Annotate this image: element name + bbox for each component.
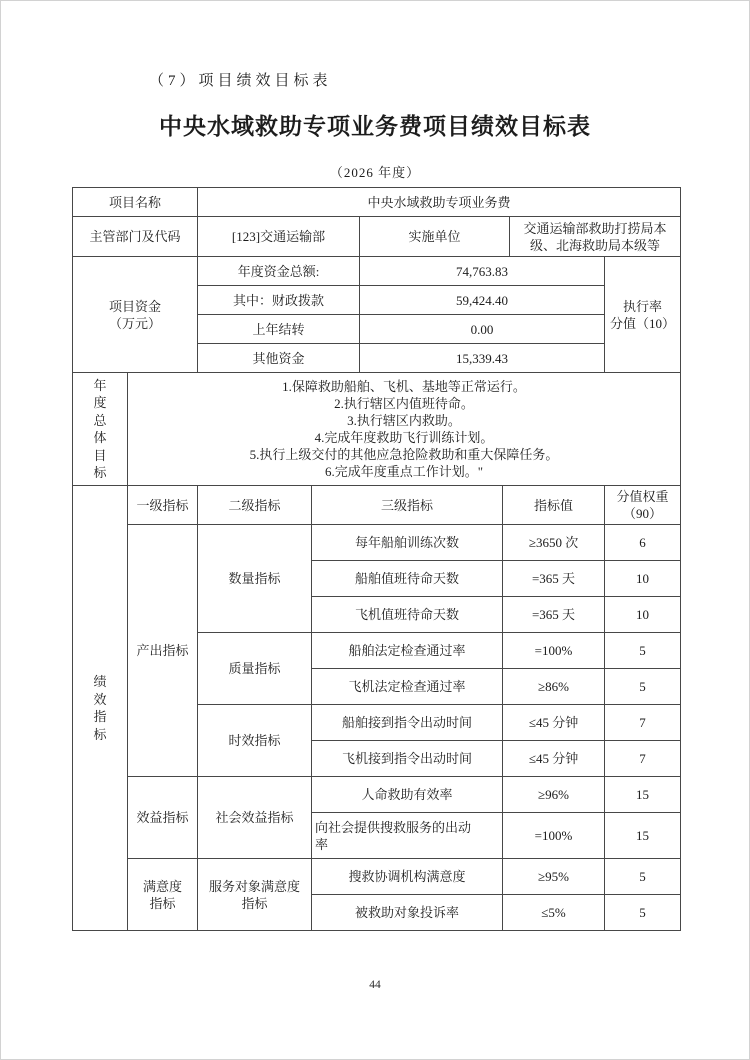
indicator-name-cell: 向社会提供搜救服务的出动率 [312,813,503,859]
level2-timeliness: 时效指标 [229,733,281,748]
indicator-weight-cell: 5 [605,859,681,895]
goal-line: 3.执行辖区内救助。 [131,412,677,429]
project-name-label: 项目名称 [109,195,161,210]
indicator-weight-cell: 10 [605,561,681,597]
annual-goals-label-cell: 年度总体目标 [73,373,128,486]
goal-line: 5.执行上级交付的其他应急抢险救助和重大保障任务。 [131,446,677,463]
indicator-weight-cell: 5 [605,895,681,931]
indicator-name: 被救助对象投诉率 [355,905,459,920]
funding-row-name: 其他资金 [198,344,360,373]
indicator-name-cell: 船舶法定检查通过率 [312,633,503,669]
level2-social: 社会效益指标 [216,810,294,825]
indicator-name: 人命救助有效率 [362,787,453,802]
indicator-name: 向社会提供搜救服务的出动率 [315,819,475,853]
level2-timeliness-cell: 时效指标 [198,705,312,777]
level2-social-cell: 社会效益指标 [198,777,312,859]
funding-total-value: 74,763.83 [456,264,508,279]
project-name-label-cell: 项目名称 [73,188,198,217]
level1-satisfaction-cell: 满意度指标 [128,859,198,931]
funding-row-value: 0.00 [360,315,605,344]
header-level2: 二级指标 [229,498,281,513]
funding-label-cell: 项目资金 （万元） [73,257,198,373]
header-weight-cell: 分值权重 （90） [605,486,681,525]
impl-label: 实施单位 [409,229,461,244]
exec-rate-line1: 执行率 [608,298,677,315]
funding-row-name: 上年结转 [198,315,360,344]
funding-row-value: 59,424.40 [360,286,605,315]
level1-benefit: 效益指标 [137,810,189,825]
impl-value-cell: 交通运输部救助打捞局本级、北海救助局本级等 [510,217,681,257]
indicator-name-cell: 飞机法定检查通过率 [312,669,503,705]
indicator-weight-cell: 7 [605,705,681,741]
performance-target-table: 项目名称 中央水域救助专项业务费 主管部门及代码 [123]交通运输部 实施单位… [72,187,681,931]
indicator-name: 船舶接到指令出动时间 [342,715,472,730]
indicator-name-cell: 飞机接到指令出动时间 [312,741,503,777]
indicator-value: =365 天 [532,607,575,622]
funding-carryover-label: 上年结转 [253,322,305,337]
indicator-value: ≥96% [538,787,569,802]
funding-carryover-value: 0.00 [471,322,494,337]
indicator-name: 船舶值班待命天数 [355,571,459,586]
indicator-name-cell: 被救助对象投诉率 [312,895,503,931]
indicator-weight-cell: 7 [605,741,681,777]
header-level2-cell: 二级指标 [198,486,312,525]
indicator-value-cell: ≤5% [503,895,605,931]
indicator-name: 飞机法定检查通过率 [349,679,466,694]
project-name-value-cell: 中央水域救助专项业务费 [198,188,681,217]
indicator-name: 搜救协调机构满意度 [349,869,466,884]
document-year: （2026 年度） [1,162,749,181]
annual-goals-label: 年度总体目标 [93,377,107,482]
indicator-value-cell: =100% [503,633,605,669]
header-value: 指标值 [534,498,573,513]
level2-quality: 质量指标 [229,661,281,676]
indicator-weight-cell: 5 [605,633,681,669]
indicator-weight-cell: 10 [605,597,681,633]
indicator-name-cell: 人命救助有效率 [312,777,503,813]
dept-value-cell: [123]交通运输部 [198,217,360,257]
indicator-name: 飞机接到指令出动时间 [342,751,472,766]
indicator-value-cell: ≥3650 次 [503,525,605,561]
funding-row-value: 15,339.43 [360,344,605,373]
indicator-value-cell: ≤45 分钟 [503,741,605,777]
header-weight-line1: 分值权重 [608,488,677,505]
impl-value: 交通运输部救助打捞局本级、北海救助局本级等 [521,220,669,254]
indicator-weight-cell: 5 [605,669,681,705]
funding-label-line2: （万元） [76,315,194,332]
indicator-weight-cell: 6 [605,525,681,561]
exec-rate-line2: 分值（10） [608,315,677,332]
header-level3: 三级指标 [381,498,433,513]
level2-quantity-cell: 数量指标 [198,525,312,633]
level2-service-cell: 服务对象满意度指标 [198,859,312,931]
annual-goals-text-cell: 1.保障救助船舶、飞机、基地等正常运行。 2.执行辖区内值班待命。 3.执行辖区… [128,373,681,486]
indicator-value: ≥95% [538,869,569,884]
indicator-value: ≤5% [541,905,565,920]
indicator-value: =100% [535,643,573,658]
funding-other-value: 15,339.43 [456,351,508,366]
goal-line: 6.完成年度重点工作计划。" [131,463,677,480]
indicator-value-cell: =365 天 [503,561,605,597]
goal-line: 4.完成年度救助飞行训练计划。 [131,429,677,446]
header-level1: 一级指标 [137,498,189,513]
header-level1-cell: 一级指标 [128,486,198,525]
indicator-name-cell: 搜救协调机构满意度 [312,859,503,895]
indicator-value: ≤45 分钟 [529,715,578,730]
level2-service: 服务对象满意度指标 [209,878,301,912]
level1-satisfaction: 满意度指标 [141,878,185,912]
indicator-value-cell: ≥95% [503,859,605,895]
funding-fiscal-label: 其中：财政拨款 [233,293,324,308]
page-number: 44 [1,979,749,991]
dept-label: 主管部门及代码 [90,229,181,244]
indicator-name: 飞机值班待命天数 [355,607,459,622]
indicator-value-cell: =365 天 [503,597,605,633]
indicator-name: 每年船舶训练次数 [355,535,459,550]
header-level3-cell: 三级指标 [312,486,503,525]
indicator-name-cell: 每年船舶训练次数 [312,525,503,561]
indicator-value-cell: ≥96% [503,777,605,813]
level2-quality-cell: 质量指标 [198,633,312,705]
level2-quantity: 数量指标 [229,571,281,586]
indicator-value: =100% [535,828,573,843]
level1-output-cell: 产出指标 [128,525,198,777]
header-value-cell: 指标值 [503,486,605,525]
indicator-value-cell: ≤45 分钟 [503,705,605,741]
funding-fiscal-value: 59,424.40 [456,293,508,308]
goal-line: 1.保障救助船舶、飞机、基地等正常运行。 [131,378,677,395]
funding-row-value: 74,763.83 [360,257,605,286]
funding-other-label: 其他资金 [253,351,305,366]
indicator-weight-cell: 15 [605,813,681,859]
indicator-value: =365 天 [532,571,575,586]
impl-label-cell: 实施单位 [360,217,510,257]
indicator-name-cell: 船舶接到指令出动时间 [312,705,503,741]
goal-line: 2.执行辖区内值班待命。 [131,395,677,412]
funding-total-label: 年度资金总额: [238,264,320,279]
dept-label-cell: 主管部门及代码 [73,217,198,257]
indicator-name: 船舶法定检查通过率 [349,643,466,658]
exec-rate-cell: 执行率 分值（10） [605,257,681,373]
indicator-name-cell: 飞机值班待命天数 [312,597,503,633]
indicators-label: 绩效指标 [93,673,107,743]
level1-benefit-cell: 效益指标 [128,777,198,859]
indicator-weight-cell: 15 [605,777,681,813]
document-page: （7）项目绩效目标表 中央水域救助专项业务费项目绩效目标表 （2026 年度） … [0,0,750,1060]
indicator-value: ≥3650 次 [529,535,578,550]
document-title: 中央水域救助专项业务费项目绩效目标表 [1,108,749,141]
indicator-value: ≥86% [538,679,569,694]
dept-value: [123]交通运输部 [232,229,325,244]
funding-row-name: 年度资金总额: [198,257,360,286]
indicators-label-cell: 绩效指标 [73,486,128,931]
project-name-value: 中央水域救助专项业务费 [368,195,511,210]
funding-label-line1: 项目资金 [76,298,194,315]
header-weight-line2: （90） [608,505,677,522]
indicator-value-cell: ≥86% [503,669,605,705]
level1-output: 产出指标 [137,643,189,658]
indicator-value: ≤45 分钟 [529,751,578,766]
indicator-name-cell: 船舶值班待命天数 [312,561,503,597]
indicator-value-cell: =100% [503,813,605,859]
funding-row-name: 其中：财政拨款 [198,286,360,315]
section-label: （7）项目绩效目标表 [149,69,332,90]
